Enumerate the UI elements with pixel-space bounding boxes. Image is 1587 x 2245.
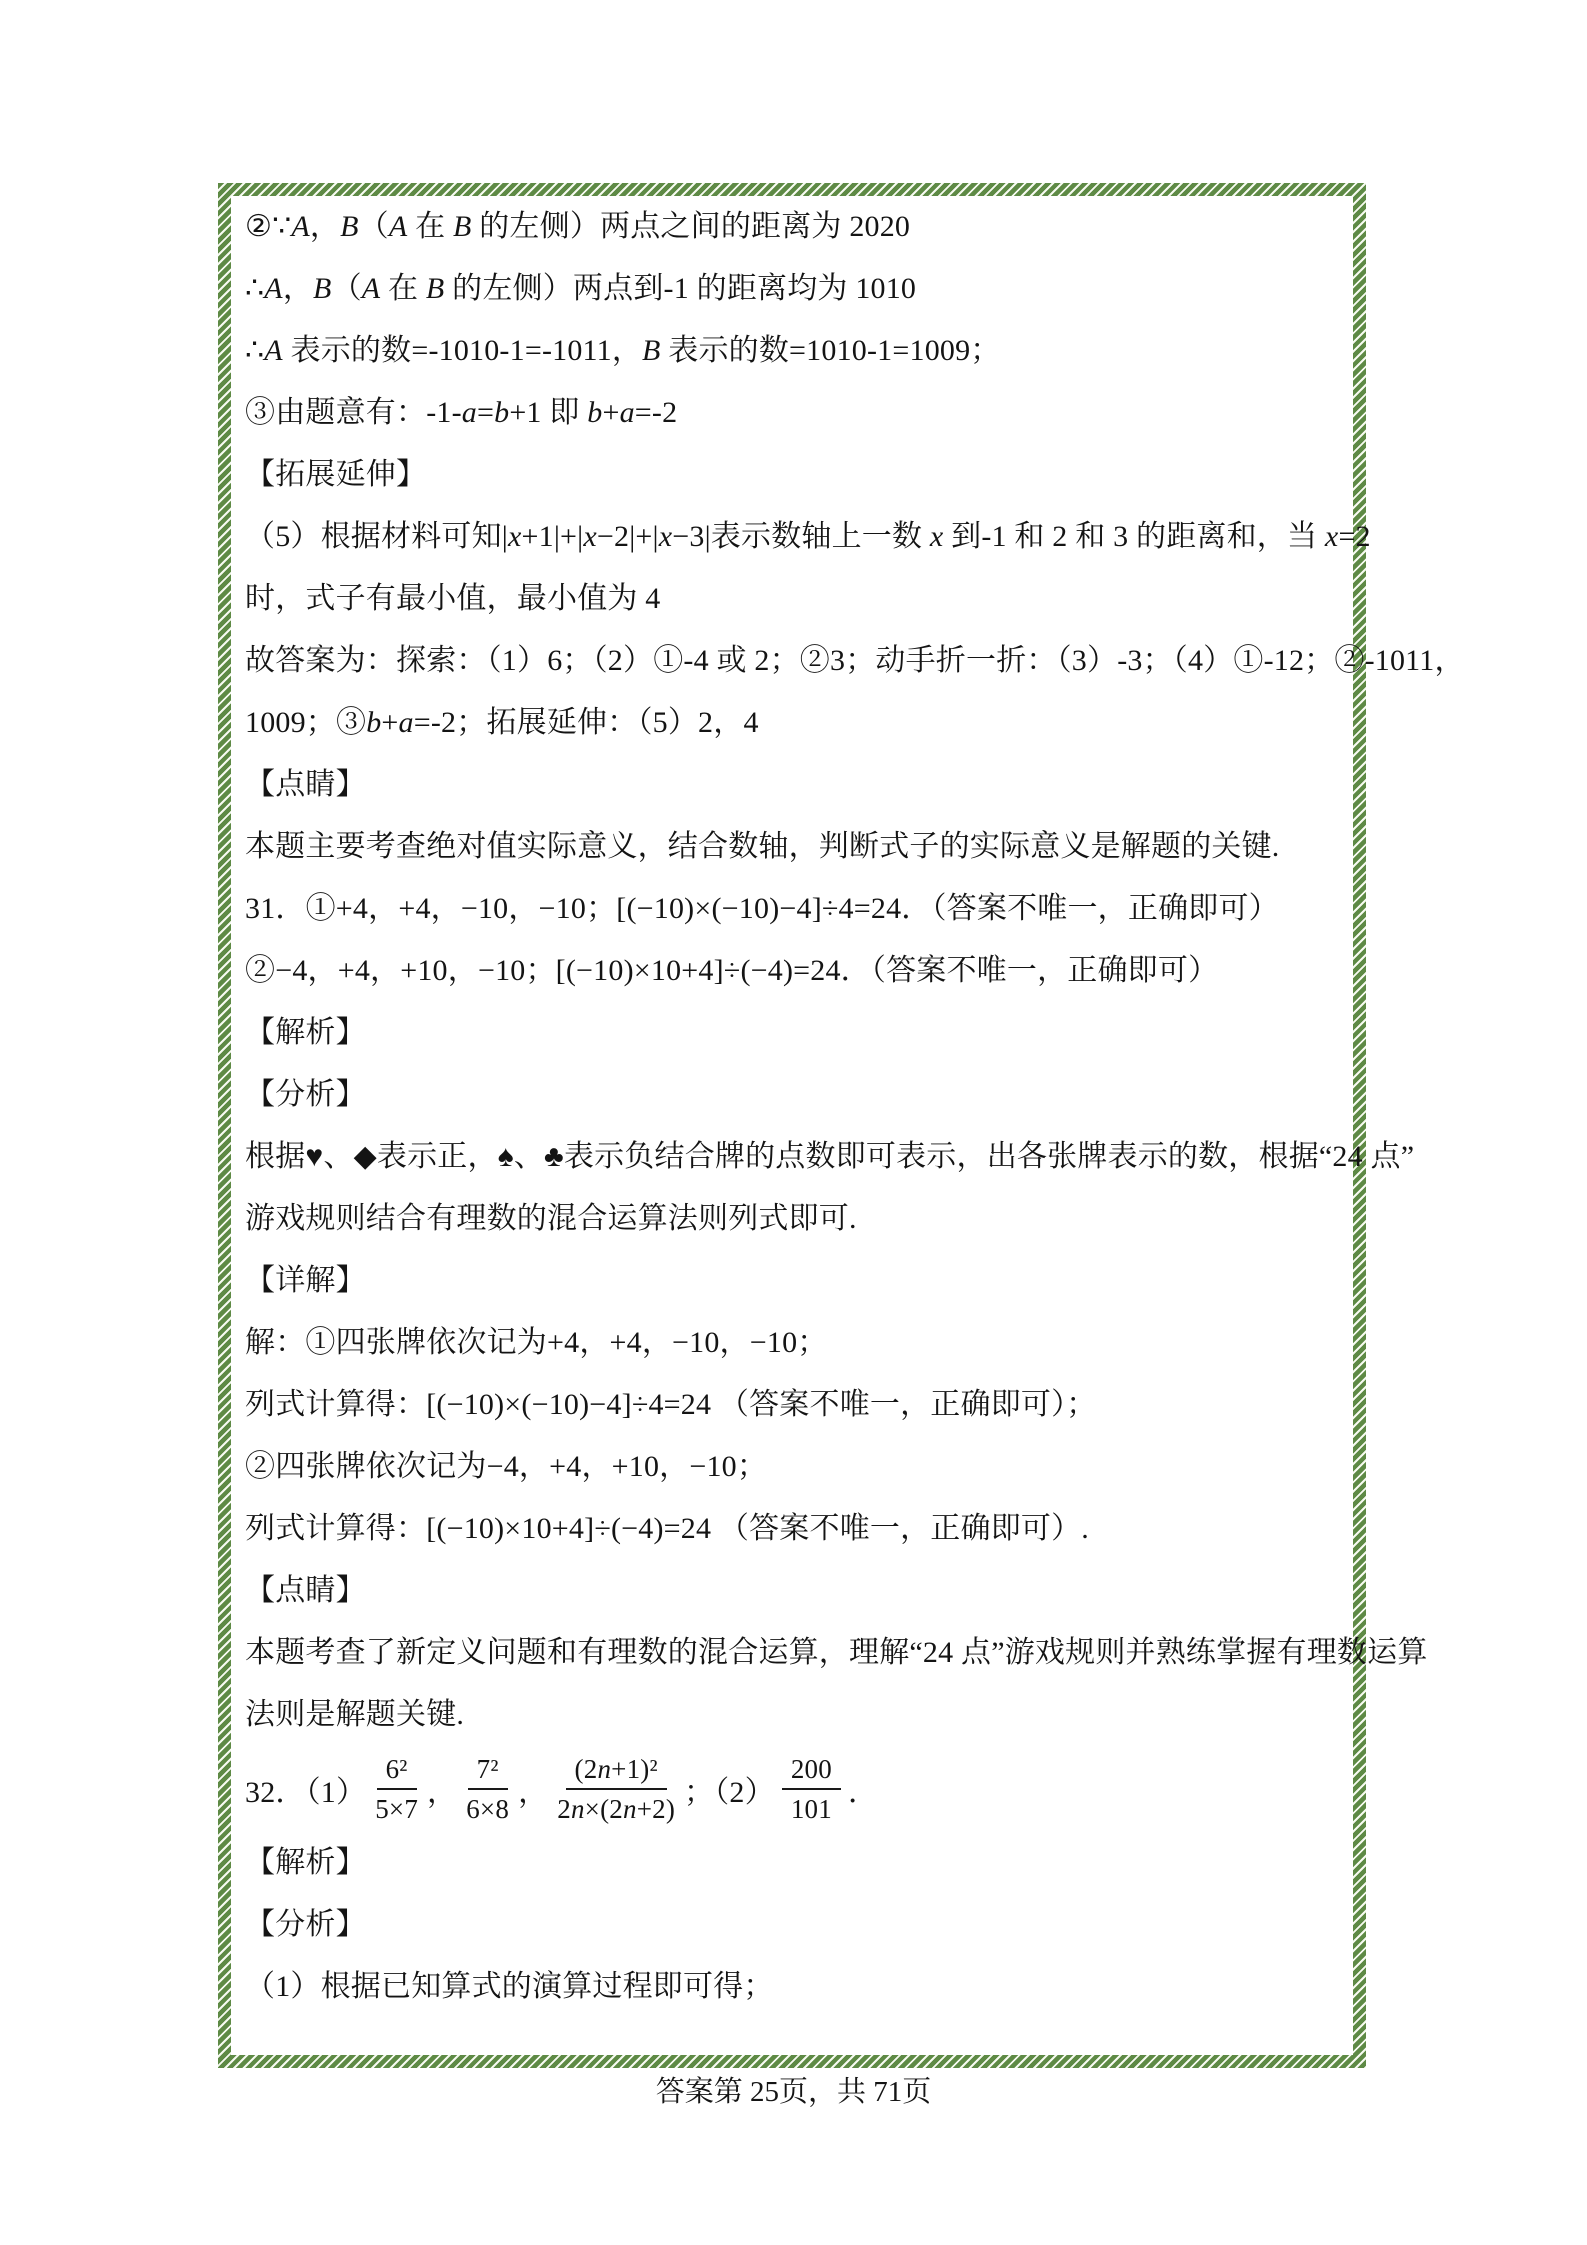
text-segment: 101 — [791, 1794, 832, 1824]
text-segment: ∴ — [245, 272, 264, 305]
text-line: 32．（1）6²5×7，7²6×8，(2n+1)²2n×(2n+2)；（2）20… — [245, 1746, 1349, 1832]
text-line: （1）根据已知算式的演算过程即可得； — [245, 1956, 1349, 2018]
text-segment: = — [477, 396, 494, 429]
text-segment: ×(2 — [585, 1794, 623, 1824]
text-segment: =2 — [1338, 520, 1370, 553]
text-segment: B — [340, 210, 359, 243]
text-segment: 在 — [407, 210, 453, 243]
fraction: (2n+1)²2n×(2n+2) — [555, 1753, 677, 1825]
text-line: 【解析】 — [245, 1002, 1349, 1064]
text-segment: =-2 — [635, 396, 678, 429]
text-line: 31．①+4，+4，−10，−10；[(−10)×(−10)−4]÷4=24．（… — [245, 878, 1349, 940]
text-segment: 200 — [791, 1754, 832, 1784]
text-segment: x — [1325, 520, 1339, 553]
text-segment: 游戏规则结合有理数的混合运算法则列式即可. — [245, 1202, 857, 1235]
text-segment: ②∵ — [245, 210, 291, 243]
text-segment: (2 — [575, 1754, 598, 1784]
text-line: ∴A 表示的数=-1010-1=-1011，B 表示的数=1010-1=1009… — [245, 320, 1349, 382]
text-segment: 【详解】 — [245, 1264, 366, 1297]
text-segment: ． — [848, 1767, 878, 1811]
text-segment: 故答案为：探索：（1）6；（2）①-4 或 2；②3；动手折一折：（3）-3；（… — [245, 644, 1465, 677]
text-segment: 2 — [557, 1794, 571, 1824]
text-segment: 本题主要考查绝对值实际意义，结合数轴，判断式子的实际意义是解题的关键. — [245, 830, 1280, 863]
text-segment: a — [462, 396, 477, 429]
text-segment: （5）根据材料可知| — [245, 520, 508, 553]
text-line: 【解析】 — [245, 1832, 1349, 1894]
text-segment: n — [623, 1794, 637, 1824]
text-line: 根据♥、◆表示正，♠、♣表示负结合牌的点数即可表示，出各张牌表示的数，根据“24… — [245, 1126, 1349, 1188]
text-line: 本题主要考查绝对值实际意义，结合数轴，判断式子的实际意义是解题的关键. — [245, 816, 1349, 878]
text-segment: （ — [332, 272, 362, 305]
text-segment: 解：①四张牌依次记为+4，+4，−10，−10； — [245, 1326, 827, 1359]
text-line: 【分析】 — [245, 1894, 1349, 1956]
text-line: 【分析】 — [245, 1064, 1349, 1126]
text-segment: n — [571, 1794, 585, 1824]
text-segment: 法则是解题关键. — [245, 1698, 464, 1731]
text-line: 【点睛】 — [245, 754, 1349, 816]
fraction: 200101 — [782, 1753, 841, 1825]
text-line: 本题考查了新定义问题和有理数的混合运算，理解“24 点”游戏规则并熟练掌握有理数… — [245, 1622, 1349, 1684]
text-segment: a — [399, 706, 414, 739]
text-segment: x — [583, 520, 597, 553]
text-line: ②−4，+4，+10，−10；[(−10)×10+4]÷(−4)=24．（答案不… — [245, 940, 1349, 1002]
text-segment: A — [389, 210, 408, 243]
text-line: 故答案为：探索：（1）6；（2）①-4 或 2；②3；动手折一折：（3）-3；（… — [245, 630, 1349, 692]
text-segment: −3|表示数轴上一数 — [672, 520, 930, 553]
text-segment: =-2；拓展延伸：（5）2，4 — [414, 706, 759, 739]
text-segment: +1 即 — [509, 396, 587, 429]
text-segment: ③由题意有：-1- — [245, 396, 462, 429]
fraction: 7²6×8 — [464, 1753, 511, 1825]
text-line: ②∵A，B（A 在 B 的左侧）两点之间的距离为 2020 — [245, 196, 1349, 258]
text-segment: 本题考查了新定义问题和有理数的混合运算，理解“24 点”游戏规则并熟练掌握有理数… — [245, 1636, 1428, 1669]
text-line: 【详解】 — [245, 1250, 1349, 1312]
text-segment: ， — [310, 210, 340, 243]
text-segment: 【点睛】 — [245, 768, 366, 801]
text-line: 法则是解题关键. — [245, 1684, 1349, 1746]
text-line: 游戏规则结合有理数的混合运算法则列式即可. — [245, 1188, 1349, 1250]
text-segment: 1009；③ — [245, 706, 366, 739]
text-segment: B — [313, 272, 332, 305]
text-line: （5）根据材料可知|x+1|+|x−2|+|x−3|表示数轴上一数 x 到-1 … — [245, 506, 1349, 568]
text-segment: 表示的数=1010-1=1009； — [661, 334, 1001, 367]
text-segment: + — [602, 396, 619, 429]
text-segment: 的左侧）两点之间的距离为 2020 — [472, 210, 911, 243]
text-segment: A — [264, 334, 283, 367]
text-segment: A — [264, 272, 283, 305]
fraction: 6²5×7 — [373, 1753, 420, 1825]
text-segment: 【点睛】 — [245, 1574, 366, 1607]
text-segment: 时，式子有最小值，最小值为 4 — [245, 582, 661, 615]
text-segment: b — [494, 396, 509, 429]
text-segment: 6×8 — [466, 1794, 509, 1824]
page-body: ②∵A，B（A 在 B 的左侧）两点之间的距离为 2020∴A，B（A 在 B … — [231, 196, 1353, 2055]
text-segment: 【分析】 — [245, 1908, 366, 1941]
text-segment: 列式计算得：[(−10)×(−10)−4]÷4=24 （答案不唯一，正确即可）； — [245, 1388, 1097, 1421]
text-segment: 【解析】 — [245, 1846, 366, 1879]
text-line: 【点睛】 — [245, 1560, 1349, 1622]
document-page: ②∵A，B（A 在 B 的左侧）两点之间的距离为 2020∴A，B（A 在 B … — [0, 0, 1587, 2245]
text-segment: x — [659, 520, 673, 553]
text-segment: ∴ — [245, 334, 264, 367]
text-segment: 在 — [380, 272, 426, 305]
text-segment: x — [508, 520, 522, 553]
text-segment: （ — [359, 210, 389, 243]
text-segment: 32．（1） — [245, 1767, 366, 1811]
text-segment: 【拓展延伸】 — [245, 458, 426, 491]
text-segment: ；（2） — [684, 1767, 775, 1811]
text-segment: 列式计算得：[(−10)×10+4]÷(−4)=24 （答案不唯一，正确即可）. — [245, 1512, 1089, 1545]
text-segment: B — [426, 272, 445, 305]
text-segment: +2) — [637, 1794, 675, 1824]
text-segment: ， — [427, 1767, 457, 1811]
text-line: 时，式子有最小值，最小值为 4 — [245, 568, 1349, 630]
text-segment: ②−4，+4，+10，−10；[(−10)×10+4]÷(−4)=24．（答案不… — [245, 954, 1218, 987]
text-segment: 的左侧）两点到-1 的距离均为 1010 — [444, 272, 916, 305]
text-segment: A — [291, 210, 310, 243]
text-segment: ， — [283, 272, 313, 305]
text-segment: 31．①+4，+4，−10，−10；[(−10)×(−10)−4]÷4=24．（… — [245, 892, 1279, 925]
text-segment: 表示的数=-1010-1=-1011， — [283, 334, 642, 367]
text-segment: +1|+| — [522, 520, 584, 553]
text-line: 解：①四张牌依次记为+4，+4，−10，−10； — [245, 1312, 1349, 1374]
decorative-hatched-border: ②∵A，B（A 在 B 的左侧）两点之间的距离为 2020∴A，B（A 在 B … — [218, 183, 1366, 2068]
text-segment: B — [642, 334, 661, 367]
text-line: 列式计算得：[(−10)×10+4]÷(−4)=24 （答案不唯一，正确即可）. — [245, 1498, 1349, 1560]
text-segment: 【分析】 — [245, 1078, 366, 1111]
text-line: ②四张牌依次记为−4，+4，+10，−10； — [245, 1436, 1349, 1498]
text-line: 【拓展延伸】 — [245, 444, 1349, 506]
text-segment: A — [362, 272, 381, 305]
text-segment: 6² — [386, 1754, 408, 1784]
text-segment: ， — [518, 1767, 548, 1811]
page-footer: 答案第 25页，共 71页 — [0, 2070, 1587, 2114]
text-segment: b — [587, 396, 602, 429]
text-segment: a — [620, 396, 635, 429]
text-segment: x — [930, 520, 944, 553]
text-segment: ②四张牌依次记为−4，+4，+10，−10； — [245, 1450, 767, 1483]
text-segment: 7² — [477, 1754, 499, 1784]
text-segment: 【解析】 — [245, 1016, 366, 1049]
text-line: 1009；③b+a=-2；拓展延伸：（5）2，4 — [245, 692, 1349, 754]
text-segment: −2|+| — [597, 520, 659, 553]
text-segment: n — [597, 1754, 611, 1784]
text-segment: 根据♥、◆表示正，♠、♣表示负结合牌的点数即可表示，出各张牌表示的数，根据“24… — [245, 1140, 1414, 1173]
text-line: ∴A，B（A 在 B 的左侧）两点到-1 的距离均为 1010 — [245, 258, 1349, 320]
text-line: ③由题意有：-1-a=b+1 即 b+a=-2 — [245, 382, 1349, 444]
text-segment: + — [381, 706, 398, 739]
text-segment: 到-1 和 2 和 3 的距离和，当 — [943, 520, 1325, 553]
text-segment: b — [366, 706, 381, 739]
text-segment: B — [453, 210, 472, 243]
text-segment: +1)² — [611, 1754, 658, 1784]
text-segment: 5×7 — [375, 1794, 418, 1824]
text-line: 列式计算得：[(−10)×(−10)−4]÷4=24 （答案不唯一，正确即可）； — [245, 1374, 1349, 1436]
text-segment: （1）根据已知算式的演算过程即可得； — [245, 1970, 774, 2003]
answer-content: ②∵A，B（A 在 B 的左侧）两点之间的距离为 2020∴A，B（A 在 B … — [245, 196, 1349, 2018]
